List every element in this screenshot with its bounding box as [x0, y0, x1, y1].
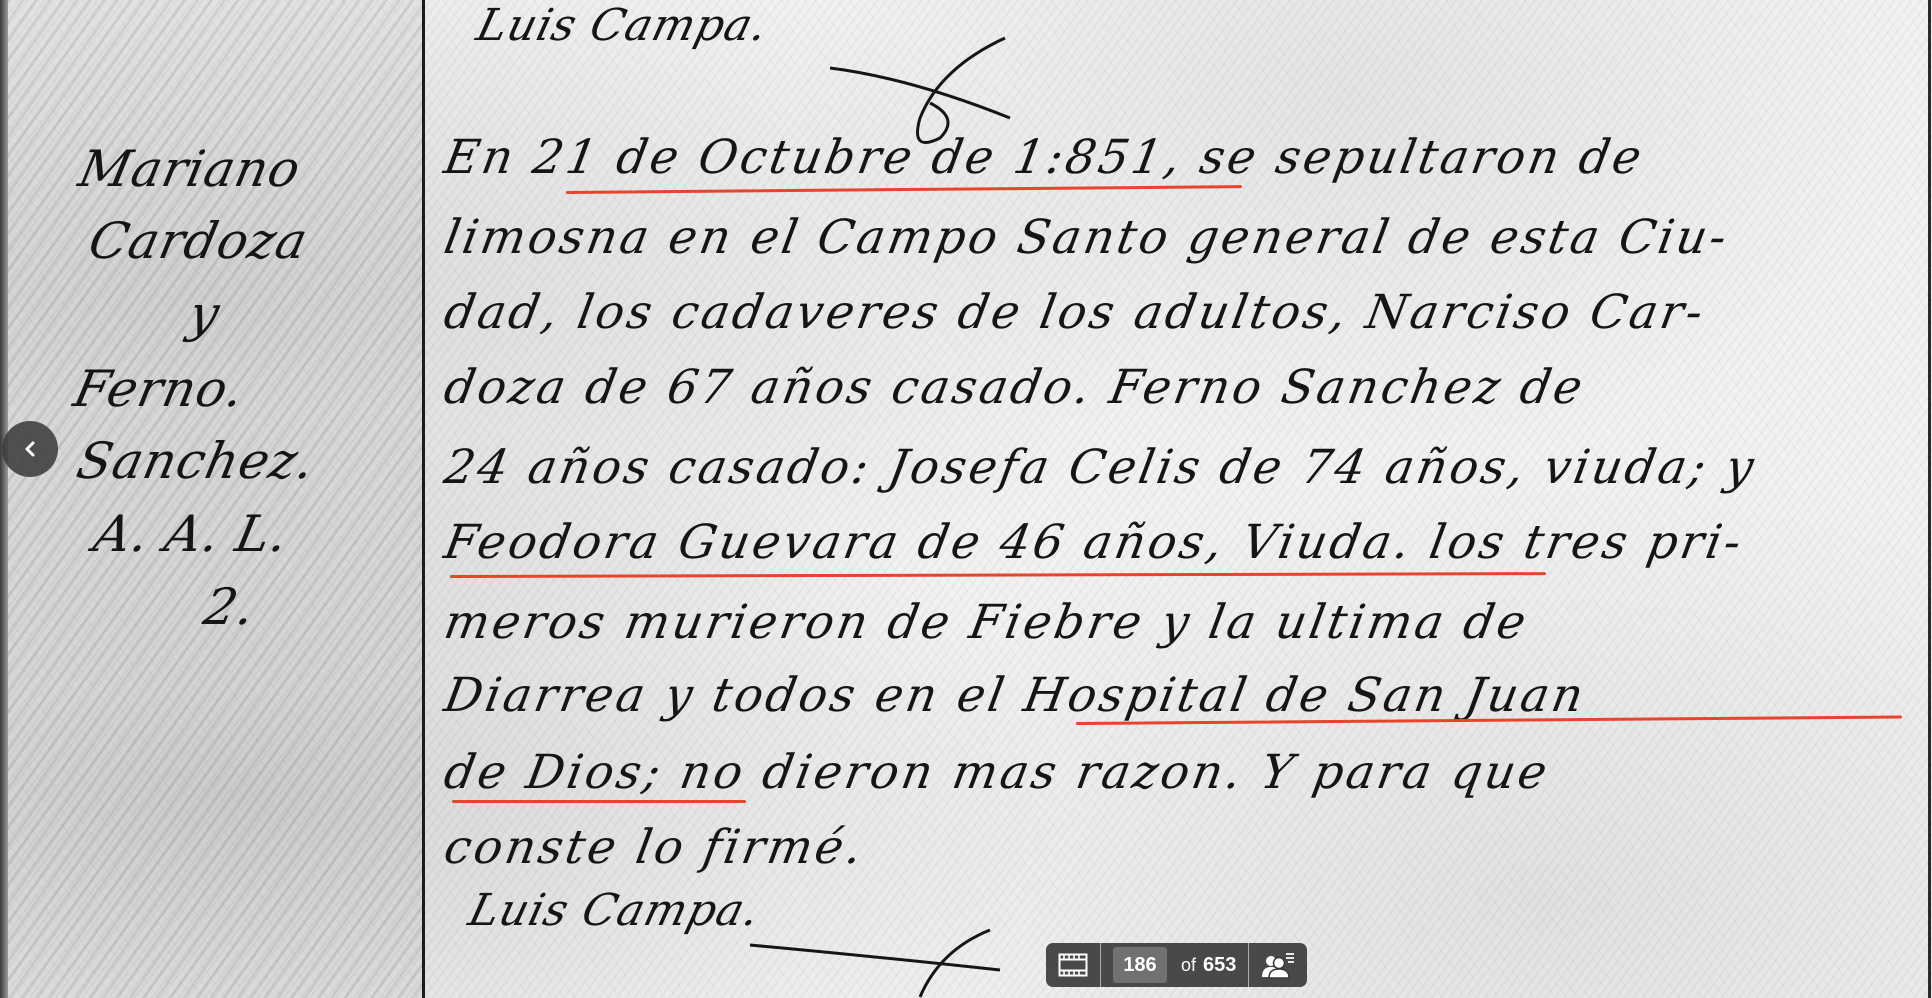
record-line: En 21 de Octubre de 1:851, se sepultaron… — [440, 130, 1648, 185]
bottom-signature: Luis Campa. — [464, 885, 766, 936]
page-number-input[interactable] — [1113, 947, 1167, 983]
right-rule-line — [1928, 0, 1931, 998]
margin-note-line: Ferno. — [69, 360, 250, 418]
record-line: Diarrea y todos en el Hospital de San Ju… — [440, 668, 1590, 723]
image-navigation-bar: of 653 — [1046, 943, 1307, 987]
record-line: 24 años casado: Josefa Celis de 74 años,… — [440, 440, 1761, 495]
margin-note-line: A. A. L. — [89, 505, 294, 563]
filmstrip-icon — [1058, 953, 1088, 977]
margin-note-line: Cardoza — [84, 212, 314, 270]
record-line: de Dios; no dieron mas razon. Y para que — [440, 745, 1554, 800]
annotation-underline-de-dios[interactable] — [452, 800, 746, 803]
filmstrip-button[interactable] — [1046, 943, 1100, 987]
record-line: dad, los cadaveres de los adultos, Narci… — [440, 285, 1710, 340]
record-line: limosna en el Campo Santo general de est… — [440, 210, 1733, 265]
margin-note-line: Sanchez. — [72, 432, 321, 490]
previous-image-button[interactable] — [2, 421, 58, 477]
chevron-left-icon — [20, 439, 40, 459]
record-line: meros murieron de Fiebre y la ultima de — [440, 595, 1533, 650]
image-viewer[interactable]: Luis Campa. Mariano Cardoza y Ferno. San… — [0, 0, 1932, 998]
people-list-button[interactable] — [1248, 943, 1307, 987]
top-signature: Luis Campa. — [472, 0, 774, 51]
record-line: doza de 67 años casado. Ferno Sanchez de — [440, 360, 1589, 415]
page-indicator: of 653 — [1100, 943, 1248, 987]
page-binding-edge — [0, 0, 8, 998]
people-list-icon — [1261, 951, 1295, 979]
annotation-underline-name[interactable] — [450, 572, 1546, 578]
signature-flourish-bottom — [740, 925, 1020, 998]
margin-note-line: Mariano — [74, 140, 306, 198]
record-line: conste lo firmé. — [440, 820, 869, 875]
record-line: Feodora Guevara de 46 años, Viuda. los t… — [440, 515, 1748, 570]
of-label: of — [1181, 955, 1196, 976]
margin-rule-line — [422, 0, 425, 998]
total-pages: 653 — [1203, 954, 1236, 977]
annotation-underline-date[interactable] — [566, 185, 1242, 194]
